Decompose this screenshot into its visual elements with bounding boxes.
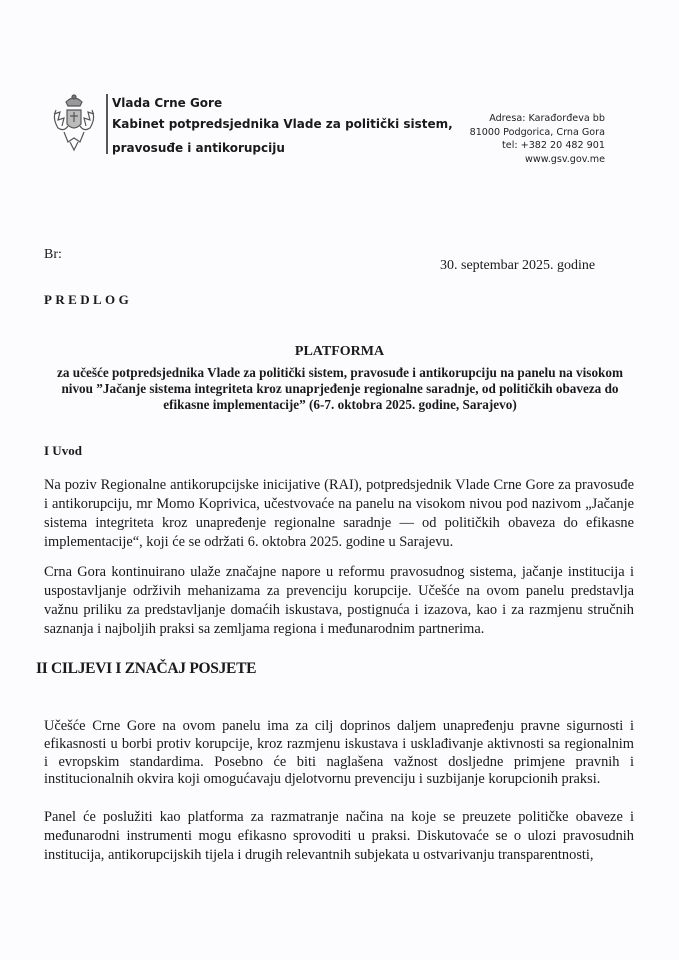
document-type-label: PREDLOG (44, 292, 132, 308)
address-block: Adresa: Karađorđeva bb 81000 Podgorica, … (470, 112, 605, 166)
section-heading-goals: II CILJEVI I ZNAČAJ POSJETE (36, 660, 256, 678)
cabinet-line-1: Kabinet potpredsjednika Vlade za politič… (112, 117, 453, 131)
address-street: Adresa: Karađorđeva bb (470, 112, 605, 126)
header-divider (106, 94, 108, 154)
address-web: www.gsv.gov.me (470, 153, 605, 167)
address-phone: tel: +382 20 482 901 (470, 139, 605, 153)
cabinet-line-2: pravosuđe i antikorupciju (112, 141, 285, 155)
document-title: PLATFORMA (0, 344, 679, 360)
address-city: 81000 Podgorica, Crna Gora (470, 126, 605, 140)
goals-paragraph-2: Panel će poslužiti kao platforma za razm… (44, 808, 634, 865)
intro-paragraph-1: Na poziv Regionalne antikorupcijske inic… (44, 476, 634, 552)
document-subtitle: za učešće potpredsjednika Vlade za polit… (40, 365, 640, 413)
coat-of-arms-icon (50, 92, 98, 152)
document-date: 30. septembar 2025. godine (440, 258, 595, 274)
goals-paragraph-1: Učešće Crne Gore na ovom panelu ima za c… (44, 718, 634, 789)
intro-paragraph-2: Crna Gora kontinuirano ulaže značajne na… (44, 563, 634, 639)
document-number-label: Br: (44, 247, 62, 263)
org-name: Vlada Crne Gore (112, 96, 222, 110)
section-heading-intro: I Uvod (44, 443, 82, 459)
document-page: Vlada Crne Gore Kabinet potpredsjednika … (0, 0, 679, 960)
